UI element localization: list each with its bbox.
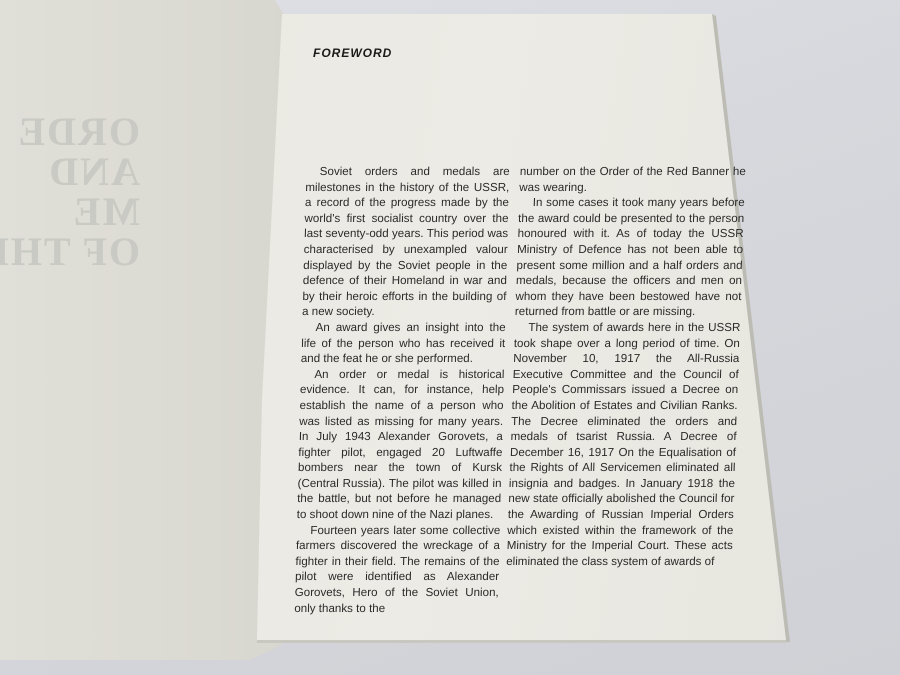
paragraph: number on the Order of the Red Banner he…: [519, 164, 746, 195]
text-column-left: Soviet orders and medals are milestones …: [294, 164, 510, 616]
left-page: ORDE AND ME OF THE: [0, 0, 290, 660]
paragraph: Soviet orders and medals are milestones …: [302, 164, 510, 320]
text-column-right: number on the Order of the Red Banner he…: [506, 164, 746, 569]
bleed-through-title: ORDE AND ME OF THE: [0, 112, 140, 272]
paragraph: The system of awards here in the USSR to…: [506, 320, 741, 570]
ghost-line: AND ME: [0, 152, 140, 232]
paragraph: Fourteen years later some collective far…: [294, 523, 500, 617]
ghost-line: OF THE: [0, 232, 140, 272]
paragraph: In some cases it took many years before …: [515, 195, 745, 320]
paragraph: An order or medal is historical evidence…: [297, 367, 505, 523]
page-heading: FOREWORD: [313, 46, 392, 60]
paragraph: An award gives an insight into the life …: [301, 320, 506, 367]
ghost-line: ORDE: [0, 112, 140, 152]
